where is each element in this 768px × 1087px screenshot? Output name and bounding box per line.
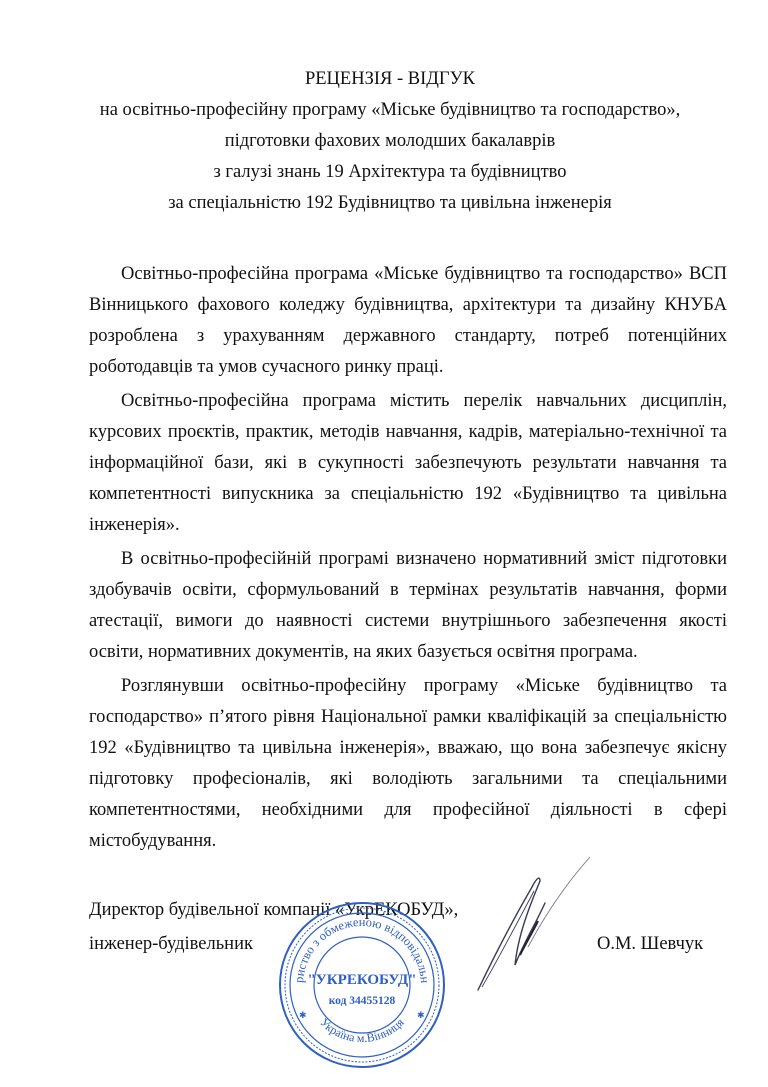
stamp-star-right-icon: ✱ bbox=[417, 1010, 425, 1020]
stamp-star-left-icon: ✱ bbox=[299, 1010, 307, 1020]
paragraph-3: В освітньо-професійній програмі визначен… bbox=[89, 544, 727, 668]
paragraph-2: Освітньо-професійна програма містить пер… bbox=[89, 386, 727, 541]
document-body: Освітньо-професійна програма «Міське буд… bbox=[89, 259, 727, 860]
handwritten-signature-icon bbox=[470, 855, 600, 1005]
subtitle-line-2: підготовки фахових молодших бакалаврів bbox=[60, 126, 720, 157]
stamp-bottom-text: Україна м.Вінниця bbox=[317, 1015, 407, 1045]
company-stamp-icon: Товариство з обмеженою відповідальністю … bbox=[277, 900, 447, 1070]
document-page: РЕЦЕНЗІЯ - ВІДГУК на освітньо-професійну… bbox=[0, 0, 768, 1087]
subtitle-line-4: за спеціальністю 192 Будівництво та циві… bbox=[60, 188, 720, 219]
stamp-code: код 34455128 bbox=[329, 995, 396, 1007]
subtitle-line-1: на освітньо-професійну програму «Міське … bbox=[60, 95, 720, 126]
paragraph-1: Освітньо-професійна програма «Міське буд… bbox=[89, 259, 727, 383]
subtitle-line-3: з галузі знань 19 Архітектура та будівни… bbox=[60, 157, 720, 188]
paragraph-4: Розглянувши освітньо-професійну програму… bbox=[89, 671, 727, 857]
signer-name: О.М. Шевчук bbox=[597, 927, 703, 961]
svg-text:Україна м.Вінниця: Україна м.Вінниця bbox=[317, 1015, 407, 1045]
document-header: РЕЦЕНЗІЯ - ВІДГУК на освітньо-професійну… bbox=[60, 64, 720, 219]
stamp-company-name: "УКРЕКОБУД" bbox=[307, 972, 416, 988]
document-title: РЕЦЕНЗІЯ - ВІДГУК bbox=[60, 64, 720, 95]
